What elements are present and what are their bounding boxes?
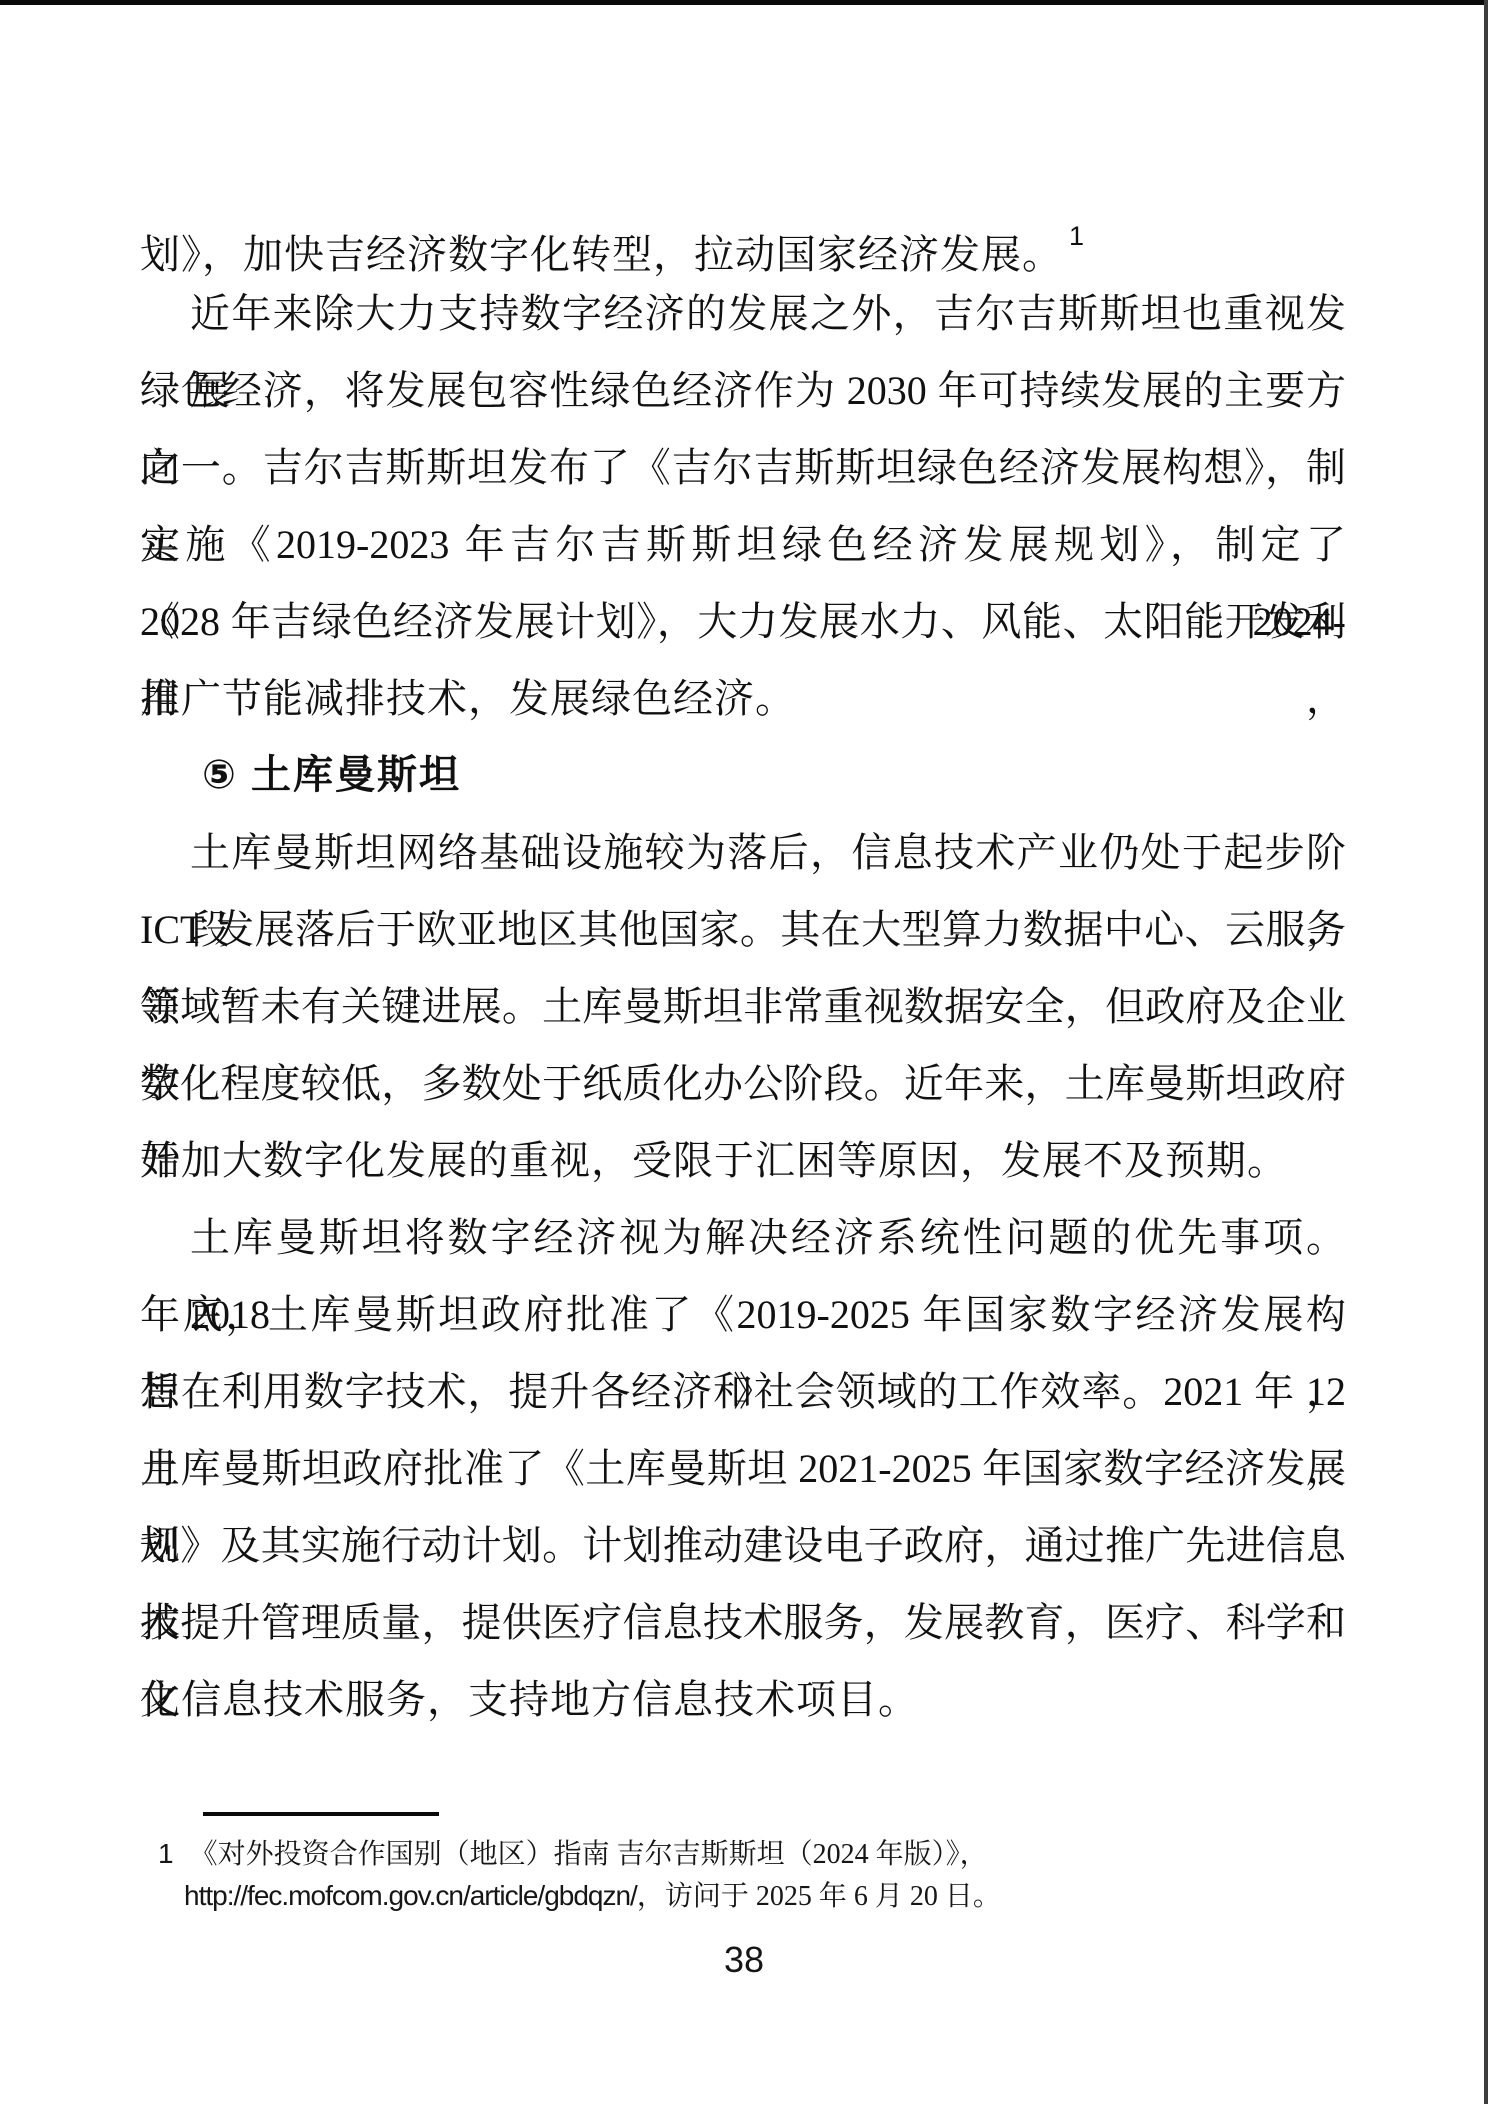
- document-page: 划》，加快吉经济数字化转型，拉动国家经济发展。1 近年来除大力支持数字经济的发展…: [0, 0, 1488, 2104]
- section-heading-turkmenistan: ⑤ 土库曼斯坦: [140, 737, 1346, 814]
- body-line: 划》及其实施行动计划。计划推动建设电子政府，通过推广先进信息技: [140, 1507, 1346, 1584]
- body-line: 划》，加快吉经济数字化转型，拉动国家经济发展。1: [140, 198, 1346, 275]
- body-line: 近年来除大力支持数字经济的发展之外，吉尔吉斯斯坦也重视发展: [140, 275, 1346, 352]
- body-line: 旨在利用数字技术，提升各经济和社会领域的工作效率。2021 年 12 月，: [140, 1353, 1346, 1430]
- page-top-border: [0, 0, 1488, 5]
- body-line: 年底，土库曼斯坦政府批准了《2019-2025 年国家数字经济发展构想》，: [140, 1276, 1346, 1353]
- body-line-text: 划》，加快吉经济数字化转型，拉动国家经济发展。: [140, 232, 1063, 277]
- body-line: 领域暂未有关键进展。土库曼斯坦非常重视数据安全，但政府及企业数: [140, 968, 1346, 1045]
- body-line: 之一。吉尔吉斯斯坦发布了《吉尔吉斯斯坦绿色经济发展构想》，制定: [140, 429, 1346, 506]
- footnote-reference-superscript: 1: [1069, 221, 1085, 251]
- body-line: 化信息技术服务，支持地方信息技术项目。: [140, 1661, 1346, 1738]
- body-line: 实施《2019-2023 年吉尔吉斯斯坦绿色经济发展规划》，制定了《2024-: [140, 506, 1346, 583]
- body-line: 土库曼斯坦政府批准了《土库曼斯坦 2021-2025 年国家数字经济发展规: [140, 1430, 1346, 1507]
- footnote-url: http://fec.mofcom.gov.cn/article/gbdqzn/: [184, 1880, 637, 1911]
- footnote-line: 1《对外投资合作国别（地区）指南 吉尔吉斯斯坦（2024 年版）》，: [158, 1833, 1338, 1875]
- body-line: 绿色经济，将发展包容性绿色经济作为 2030 年可持续发展的主要方向: [140, 352, 1346, 429]
- footnote: 1《对外投资合作国别（地区）指南 吉尔吉斯斯坦（2024 年版）》， http:…: [158, 1833, 1338, 1917]
- footnote-line: http://fec.mofcom.gov.cn/article/gbdqzn/…: [158, 1875, 1338, 1917]
- footnote-marker: 1: [158, 1838, 174, 1869]
- body-line: 始加大数字化发展的重视，受限于汇困等原因，发展不及预期。: [140, 1122, 1346, 1199]
- body-line: 土库曼斯坦将数字经济视为解决经济系统性问题的优先事项。2018: [140, 1199, 1346, 1276]
- footnote-separator-rule: [203, 1812, 439, 1816]
- page-number: 38: [0, 1934, 1488, 1986]
- page-right-border: [1484, 0, 1488, 2104]
- body-line: 字化程度较低，多数处于纸质化办公阶段。近年来，土库曼斯坦政府开: [140, 1045, 1346, 1122]
- footnote-access-date: ，访问于 2025 年 6 月 20 日。: [637, 1881, 1001, 1912]
- body-text-block: 划》，加快吉经济数字化转型，拉动国家经济发展。1 近年来除大力支持数字经济的发展…: [140, 198, 1346, 1738]
- body-line: 术提升管理质量，提供医疗信息技术服务，发展教育，医疗、科学和文: [140, 1584, 1346, 1661]
- body-line: 2028 年吉绿色经济发展计划》，大力发展水力、风能、太阳能开发利用，: [140, 583, 1346, 660]
- body-line: ICT 发展落后于欧亚地区其他国家。其在大型算力数据中心、云服务等: [140, 891, 1346, 968]
- footnote-citation-text: 《对外投资合作国别（地区）指南 吉尔吉斯斯坦（2024 年版）》，: [190, 1839, 988, 1870]
- body-line: 土库曼斯坦网络基础设施较为落后，信息技术产业仍处于起步阶段，: [140, 814, 1346, 891]
